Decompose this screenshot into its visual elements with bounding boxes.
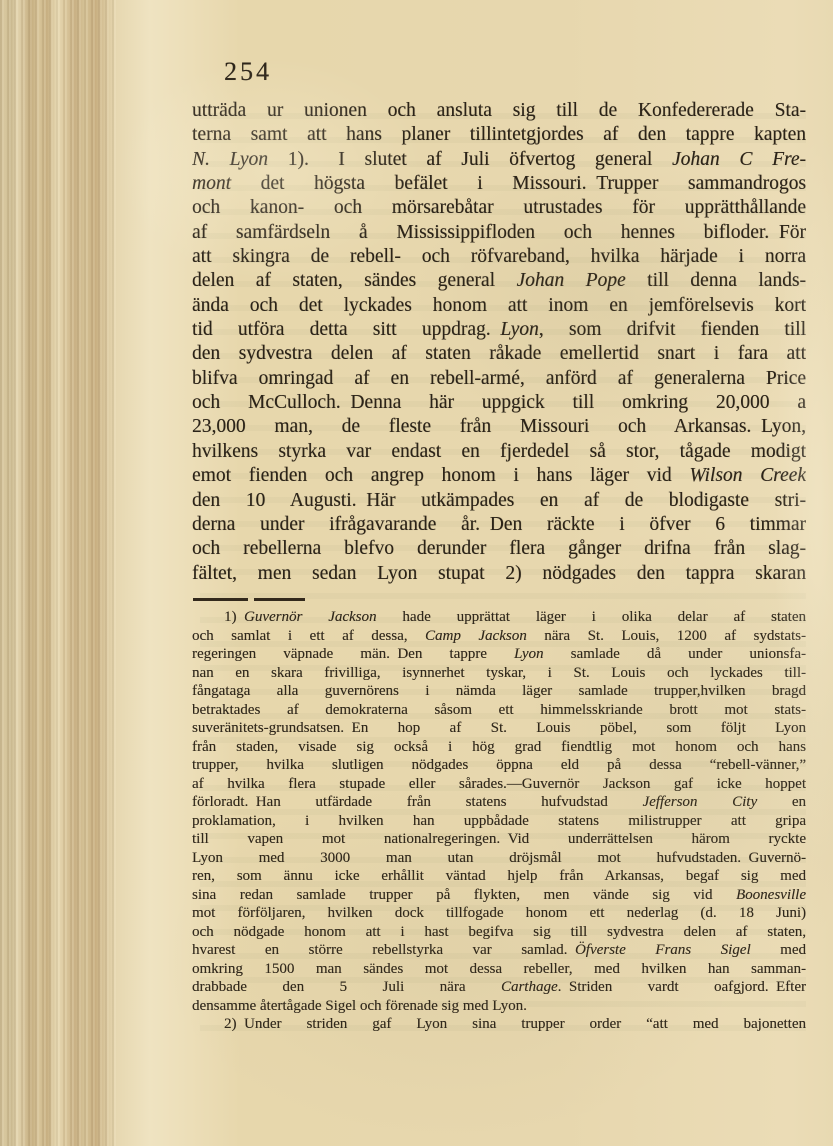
text-line: terna samt att hans planer tillintetgjor…	[192, 123, 806, 147]
text-line: drabbade den 5 Juli nära Carthage. Strid…	[192, 978, 806, 997]
footnote-block: 1) Guvernör Jackson hade upprättat läger…	[192, 608, 806, 1034]
text-line: ren, som ännu icke erhållit väntad hjelp…	[192, 867, 806, 886]
text-line: förloradt. Han utfärdade från statens hu…	[192, 793, 806, 812]
text-line: blifva omringad af en rebell-armé, anför…	[192, 367, 806, 391]
text-line: och rebellerna blefvo derunder flera gån…	[192, 537, 806, 561]
main-text-block: utträda ur unionen och ansluta sig till …	[192, 99, 806, 586]
book-page-scan: 254 utträda ur unionen och ansluta sig t…	[0, 0, 833, 1146]
text-line: 23,000 man, de fleste från Missouri och …	[192, 415, 806, 439]
text-line: 2) Under striden gaf Lyon sina trupper o…	[192, 1015, 806, 1034]
text-line: fältet, men sedan Lyon stupat 2) nödgade…	[192, 562, 806, 586]
text-line: ända och det lyckades honom att inom en …	[192, 294, 806, 318]
text-line: Lyon med 3000 man utan dröjsmål mot hufv…	[192, 849, 806, 868]
text-line: från staden, visade sig också i hög grad…	[192, 738, 806, 757]
page-number: 254	[224, 57, 272, 87]
text-line: omkring 1500 man sändes mot dessa rebell…	[192, 960, 806, 979]
book-binding-edge	[0, 0, 118, 1146]
text-line: af hvilka flera stupade eller sårades.—G…	[192, 775, 806, 794]
text-line: regeringen väpnade män. Den tappre Lyon …	[192, 645, 806, 664]
text-line: 1) Guvernör Jackson hade upprättat läger…	[192, 608, 806, 627]
text-line: proklamation, i hvilken han uppbådade st…	[192, 812, 806, 831]
text-line: fångataga alla guvernörens i nämda läger…	[192, 682, 806, 701]
text-line: och kanon- och mörsarebåtar utrustades f…	[192, 196, 806, 220]
text-line: derna under ifrågavarande år. Den räckte…	[192, 513, 806, 537]
text-line: hvarest en större rebellstyrka var samla…	[192, 941, 806, 960]
text-line: sina redan samlade trupper på flykten, m…	[192, 886, 806, 905]
text-line: utträda ur unionen och ansluta sig till …	[192, 99, 806, 123]
text-line: betraktades af demokraterna såsom ett hi…	[192, 701, 806, 720]
text-line: densamme återtågade Sigel och förenade s…	[192, 997, 806, 1016]
text-line: mot förföljaren, hvilken dock tillfogade…	[192, 904, 806, 923]
text-line: den 10 Augusti. Här utkämpades en af de …	[192, 489, 806, 513]
text-line: emot fienden och angrep honom i hans läg…	[192, 464, 806, 488]
text-line: trupper, hvilka slutligen nödgades öppna…	[192, 756, 806, 775]
text-line: nan en skara frivilliga, isynnerhet tysk…	[192, 664, 806, 683]
text-line: att skingra de rebell- och röfvareband, …	[192, 245, 806, 269]
text-line: delen af staten, sändes general Johan Po…	[192, 269, 806, 293]
text-line: mont det högsta befälet i Missouri. Trup…	[192, 172, 806, 196]
text-line: och McCulloch. Denna här uppgick till om…	[192, 391, 806, 415]
text-line: af samfärdseln å Mississippifloden och h…	[192, 221, 806, 245]
text-line: den sydvestra delen af staten råkade eme…	[192, 342, 806, 366]
footnote-separator-rule	[193, 598, 305, 601]
text-line: till vapen mot nationalregeringen. Vid u…	[192, 830, 806, 849]
text-line: suveränitets-grundsatsen. En hop af St. …	[192, 719, 806, 738]
text-line: hvilkens styrka var endast en fjerdedel …	[192, 440, 806, 464]
text-line: N. Lyon 1). I slutet af Juli öfvertog ge…	[192, 148, 806, 172]
text-line: och nödgade honom att i hast begifva sig…	[192, 923, 806, 942]
text-line: tid utföra detta sitt uppdrag. Lyon, som…	[192, 318, 806, 342]
text-line: och samlat i ett af dessa, Camp Jackson …	[192, 627, 806, 646]
